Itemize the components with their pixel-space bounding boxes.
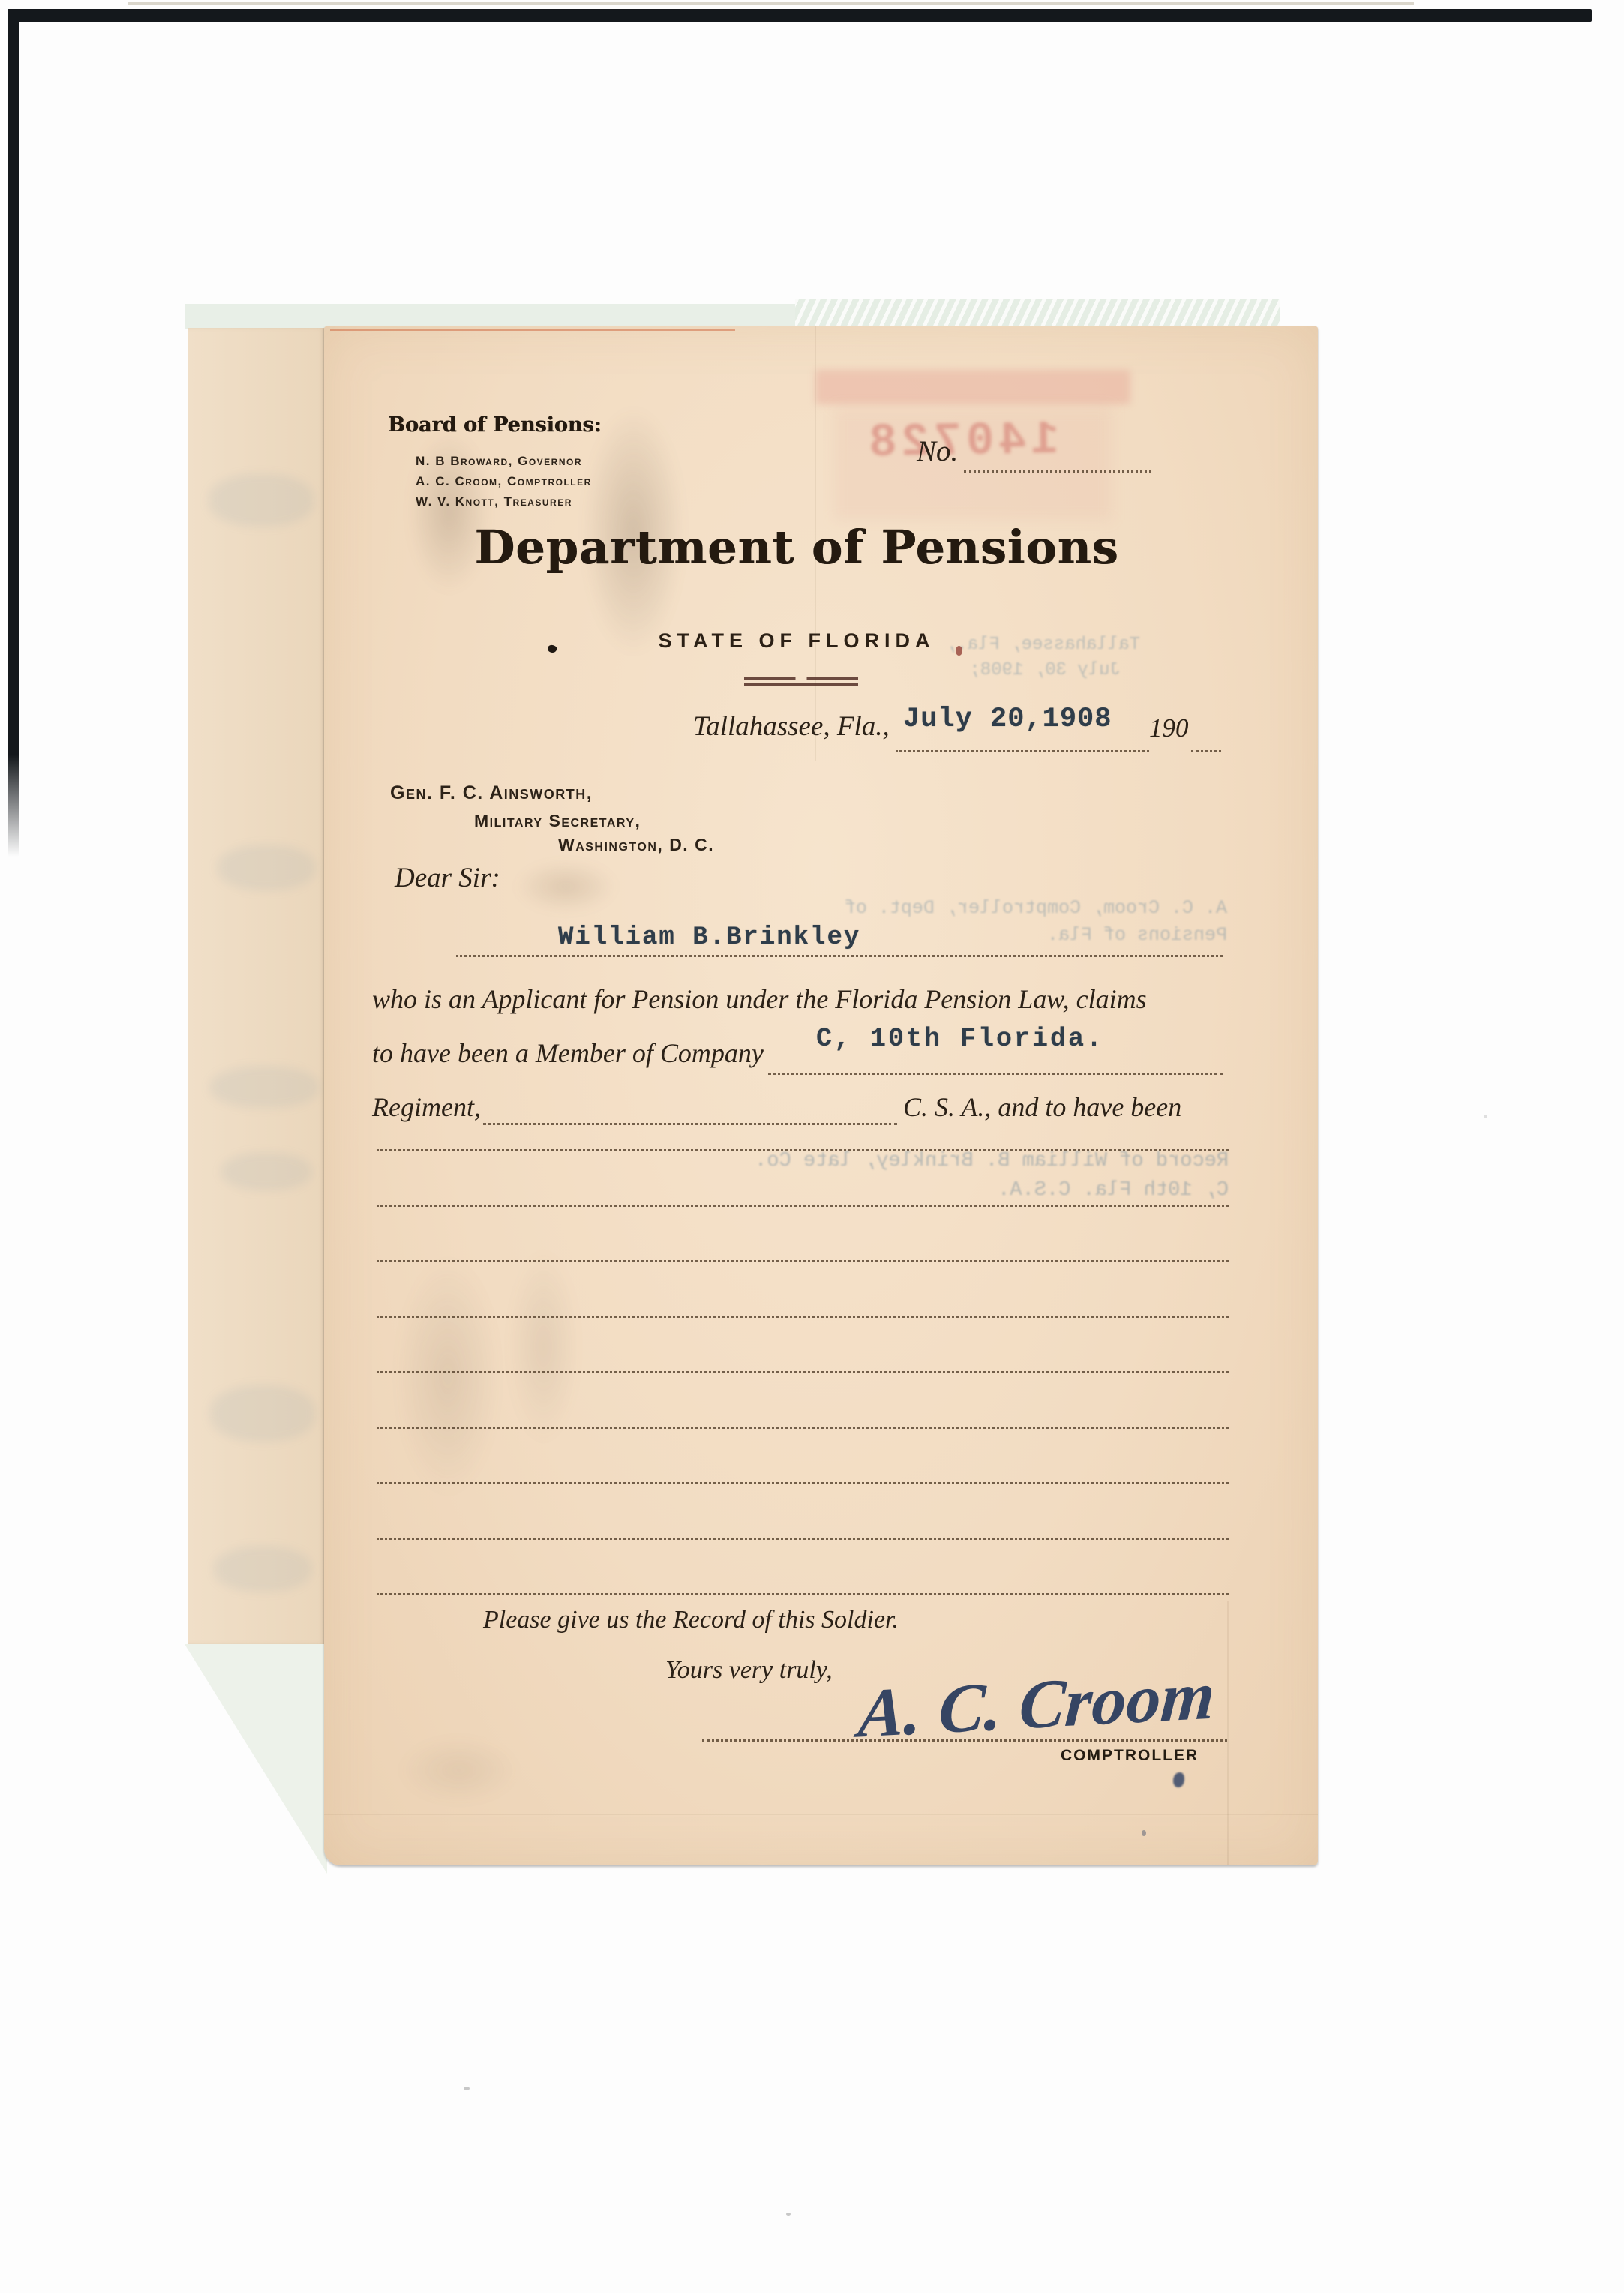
dateline-year-stub: 190 [1149,713,1189,743]
dateline-typed-date: July 20,1908 [903,704,1112,735]
under-sheet-bleed-mark [214,1547,311,1592]
red-stamp-bleed-band [815,370,1130,404]
signer-title: COMPTROLLER [1061,1747,1199,1765]
ink-blot-blue [1173,1772,1184,1787]
blank-dotted-line [377,1260,1229,1262]
divider-rule-top [744,677,858,680]
scan-frame-left-edge [8,9,19,857]
board-officers: N. B Broward, Governor A. C. Croom, Comp… [416,451,592,512]
dateline-year-dotted [1191,750,1221,752]
stain-smudge [399,1736,519,1804]
applicant-name-typed: William B.Brinkley [558,923,860,952]
board-heading: Board of Pensions: [388,413,602,437]
blank-dotted-line [377,1427,1229,1429]
paper-crease [324,1814,1318,1815]
under-sheet-bleed-mark [221,1153,311,1190]
stain-smudge [515,860,617,913]
scan-speck [1484,1115,1487,1118]
addressee-name: Gen. F. C. Ainsworth, [390,782,593,804]
pension-form-sheet: 140728 Tallahassee, Fla., July 30, 1908;… [324,326,1318,1865]
blank-dotted-line [377,1482,1229,1484]
dateline-bleed-date: July 30, 1908; [893,658,1140,683]
under-sheet-bleed-mark [210,1067,319,1108]
scan-speck [464,2087,470,2090]
scan-frame-top-edge [8,9,1592,22]
red-stamp-number-bleed: 140728 [841,413,1082,470]
body-line-company-prefix: to have been a Member of Company [372,1037,764,1069]
sheet-edge-artifact [330,329,735,331]
under-sheet-bleed-mark [210,1385,315,1442]
request-line: Please give us the Record of this Soldie… [483,1606,899,1634]
number-label: No. [917,434,958,468]
scanned-document-page: 140728 Tallahassee, Fla., July 30, 1908;… [0,0,1624,2293]
scan-speck [786,2213,791,2216]
under-sheet [188,328,327,1644]
blank-lines [377,1149,1229,1659]
blank-dotted-line [377,1371,1229,1373]
blank-dotted-line [377,1538,1229,1540]
body-line-applicant: who is an Applicant for Pension under th… [372,983,1147,1015]
applicant-name-dotted-line [456,955,1223,957]
blank-dotted-line [377,1316,1229,1318]
blank-dotted-line [377,1593,1229,1595]
sender-bleed: A. C. Croom, Comptroller, Dept. of Pensi… [897,895,1227,949]
backing-sheet-corner [185,1644,327,1874]
addressee-city: Washington, D. C. [558,835,714,855]
regiment-dotted-line [483,1123,897,1125]
blank-dotted-line [377,1149,1229,1151]
regiment-suffix: C. S. A., and to have been [903,1091,1181,1123]
blank-dotted-line [377,1205,1229,1207]
document-title: Department of Pensions [452,520,1142,575]
officer-governor: N. B Broward, Governor [416,451,592,471]
dateline-place: Tallahassee, Fla., [693,710,890,743]
addressee-title: Military Secretary, [474,811,641,831]
officer-treasurer: W. V. Knott, Treasurer [416,491,592,512]
officer-comptroller: A. C. Croom, Comptroller [416,471,592,491]
divider-rule-bottom [744,683,858,686]
dateline-dotted-line [896,750,1149,752]
under-sheet-bleed-mark [218,845,315,890]
signature-dotted-line [702,1739,1227,1742]
regiment-prefix: Regiment, [372,1091,481,1123]
company-dotted-line [768,1073,1223,1075]
salutation: Dear Sir: [395,862,500,894]
company-typed: C, 10th Florida. [816,1024,1104,1054]
ink-speck [1142,1830,1146,1836]
sender-bleed-line1: A. C. Croom, Comptroller, Dept. of [897,895,1227,922]
scan-top-hairline [128,2,1414,5]
sender-bleed-line2: Pensions of Fla. [897,922,1227,949]
red-ink-speck [956,646,962,656]
under-sheet-bleed-mark [209,474,314,527]
number-dotted-line [964,470,1151,473]
